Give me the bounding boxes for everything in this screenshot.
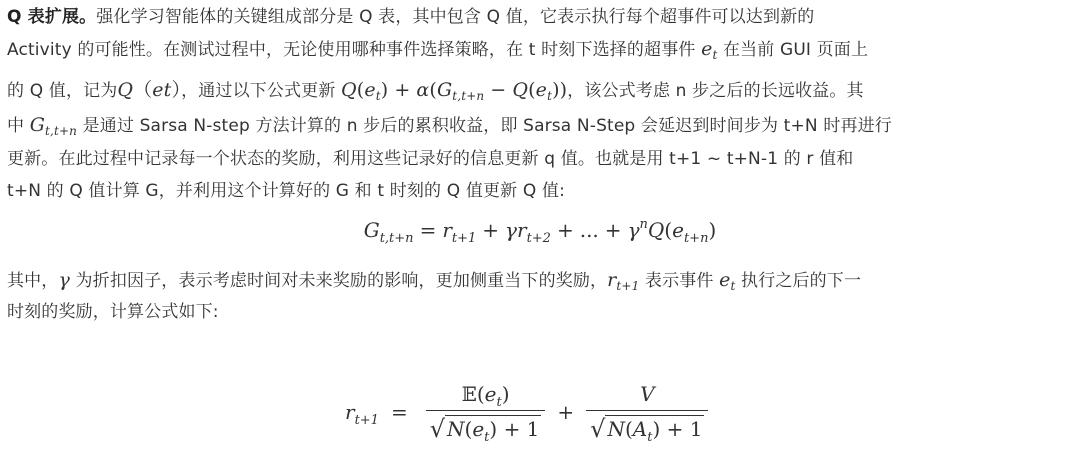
math-e-t: et — [701, 38, 717, 60]
text: 更新。在此过程中记录每一个状态的奖励，利用这些记录好的信息更新 q 值。也就是用… — [7, 149, 853, 169]
paragraph-line-6: t+N 的 Q 值计算 G，并利用这个计算好的 G 和 t 时刻的 Q 值更新 … — [7, 176, 565, 206]
equation-g-return: Gt,t+n=rt+1+γrt+2+...+γnQ(et+n) — [0, 218, 1080, 242]
text: 强化学习智能体的关键组成部分是 Q 表，其中包含 Q 值，它表示执行每个超事件可… — [96, 7, 814, 27]
text: 其中， — [7, 271, 58, 291]
text: ，该公式考虑 n 步之后的长远收益。其 — [567, 81, 863, 101]
text: 是通过 Sarsa N-step 方法计算的 n 步后的累积收益，即 Sarsa… — [77, 116, 892, 136]
fraction-visit: V √N(At) + 1 — [586, 382, 708, 442]
math-r-t1: rt+1 — [607, 269, 639, 291]
paragraph-line-4: 中 Gt,t+n 是通过 Sarsa N-step 方法计算的 n 步后的累积收… — [7, 110, 892, 140]
paragraph-line-5: 更新。在此过程中记录每一个状态的奖励，利用这些记录好的信息更新 q 值。也就是用… — [7, 144, 853, 174]
text: 表示事件 — [639, 271, 719, 291]
text: 的 Q 值，记为 — [7, 81, 117, 101]
paragraph-line-2: Activity 的可能性。在测试过程中，无论使用哪种事件选择策略，在 t 时刻… — [7, 34, 868, 64]
text: 中 — [7, 116, 30, 136]
math-q-et: Q（et） — [117, 79, 181, 101]
math-update-formula: Q(et)+α(Gt,t+n−Q(et)) — [341, 79, 567, 101]
paragraph-line-3: 的 Q 值，记为Q（et），通过以下公式更新 Q(et)+α(Gt,t+n−Q(… — [7, 75, 864, 105]
fraction-expectation: 𝔼(et) √N(et) + 1 — [426, 382, 546, 442]
paragraph-line-1: Q 表扩展。强化学习智能体的关键组成部分是 Q 表，其中包含 Q 值，它表示执行… — [7, 2, 814, 32]
section-heading: Q 表扩展。 — [7, 7, 96, 27]
math-g-ttn: Gt,t+n — [30, 114, 77, 136]
text: 为折扣因子，表示考虑时间对未来奖励的影响，更加侧重当下的奖励， — [70, 271, 607, 291]
text: 在当前 GUI 页面上 — [717, 40, 868, 60]
text: Activity 的可能性。在测试过程中，无论使用哪种事件选择策略，在 t 时刻… — [7, 40, 701, 60]
text: t+N 的 Q 值计算 G，并利用这个计算好的 G 和 t 时刻的 Q 值更新 … — [7, 181, 565, 201]
text: ，通过以下公式更新 — [181, 81, 341, 101]
text: 执行之后的下一 — [735, 271, 861, 291]
equation-reward: rt+1 = 𝔼(et) √N(et) + 1 + V √N(At) + 1 — [345, 377, 714, 447]
paragraph2-line-1: 其中，γ 为折扣因子，表示考虑时间对未来奖励的影响，更加侧重当下的奖励，rt+1… — [7, 265, 861, 295]
text: 时刻的奖励，计算公式如下: — [7, 302, 219, 322]
math-gamma: γ — [58, 269, 70, 291]
paragraph2-line-2: 时刻的奖励，计算公式如下: — [7, 297, 219, 327]
math-e-t: et — [719, 269, 735, 291]
